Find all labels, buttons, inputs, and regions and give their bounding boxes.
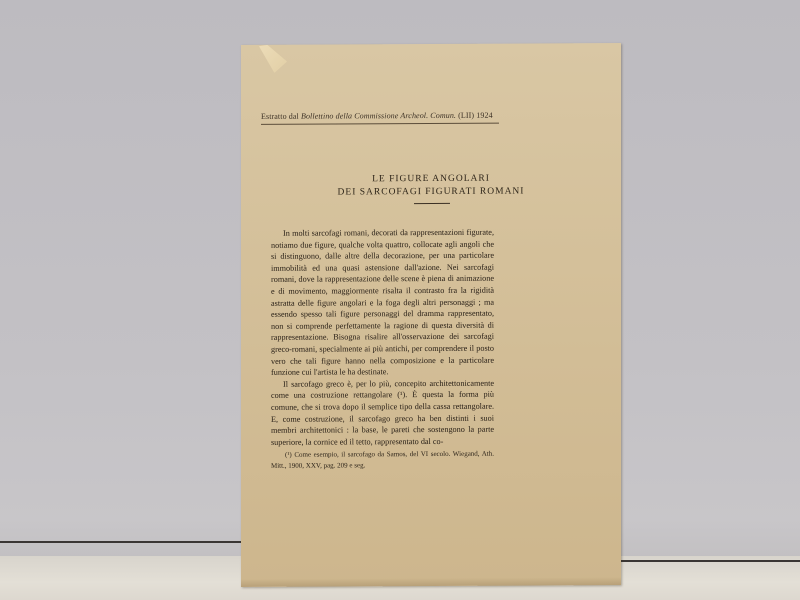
baseboard-line-right <box>603 560 800 562</box>
document-page: Estratto dal Bollettino della Commission… <box>241 43 621 587</box>
header-prefix: Estratto dal <box>261 112 299 121</box>
footnote-text: (¹) Come esempio, il sarcofago da Samos,… <box>271 449 494 472</box>
header-suffix: (LII) 1924 <box>458 111 493 120</box>
header-journal: Bollettino della Commissione Archeol. Co… <box>301 111 456 121</box>
body-text: In molti sarcofagi romani, decorati da r… <box>271 227 494 448</box>
title-line-2: DEI SARCOFAGI FIGURATI ROMANI <box>241 186 621 198</box>
footnote: (¹) Come esempio, il sarcofago da Samos,… <box>271 449 494 472</box>
baseboard-line-left <box>0 541 250 543</box>
paragraph-1: In molti sarcofagi romani, decorati da r… <box>271 227 494 379</box>
offprint-header: Estratto dal Bollettino della Commission… <box>261 111 499 121</box>
header-rule <box>261 123 499 125</box>
folded-corner <box>259 45 287 73</box>
paragraph-2: Il sarcofago greco è, per lo più, concep… <box>271 377 494 448</box>
title-rule <box>414 203 450 204</box>
title-line-1: LE FIGURE ANGOLARI <box>241 173 621 185</box>
